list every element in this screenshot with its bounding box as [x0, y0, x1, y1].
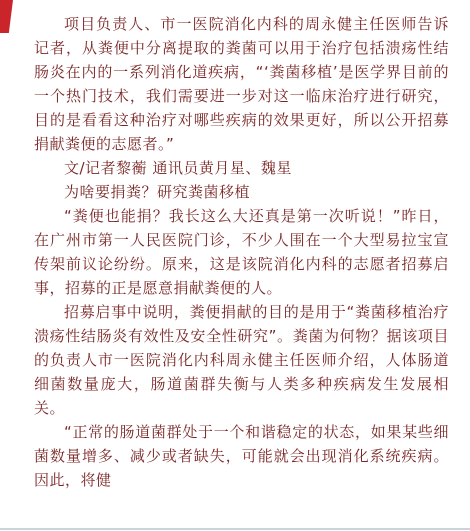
paragraph-lead: 项目负责人、市一医院消化内科的周永健主任医师告诉记者，从粪便中分离提取的粪菌可以…	[34, 12, 449, 156]
article-page: 项目负责人、市一医院消化内科的周永健主任医师告诉记者，从粪便中分离提取的粪菌可以…	[0, 0, 470, 531]
red-corner-accent	[0, 0, 13, 33]
article-body: 项目负责人、市一医院消化内科的周永健主任医师告诉记者，从粪便中分离提取的粪菌可以…	[34, 10, 449, 492]
paragraph-truncated: “正常的肠道菌群处于一个和谐稳定的状态，如果某些细菌数量增多、减少或者缺失，可能…	[34, 420, 449, 492]
byline: 文/记者黎蘅 通讯员黄月星、魏星	[34, 156, 449, 180]
bottom-divider	[0, 528, 470, 530]
section-subhead: 为啥要捐粪？研究粪菌移植	[34, 180, 449, 204]
paragraph: “粪便也能捐？我长这么大还真是第一次听说！”昨日，在广州市第一人民医院门诊，不少…	[34, 204, 449, 300]
paragraph: 招募启事中说明，粪便捐献的目的是用于“粪菌移植治疗溃疡性结肠炎有效性及安全性研究…	[34, 300, 449, 420]
